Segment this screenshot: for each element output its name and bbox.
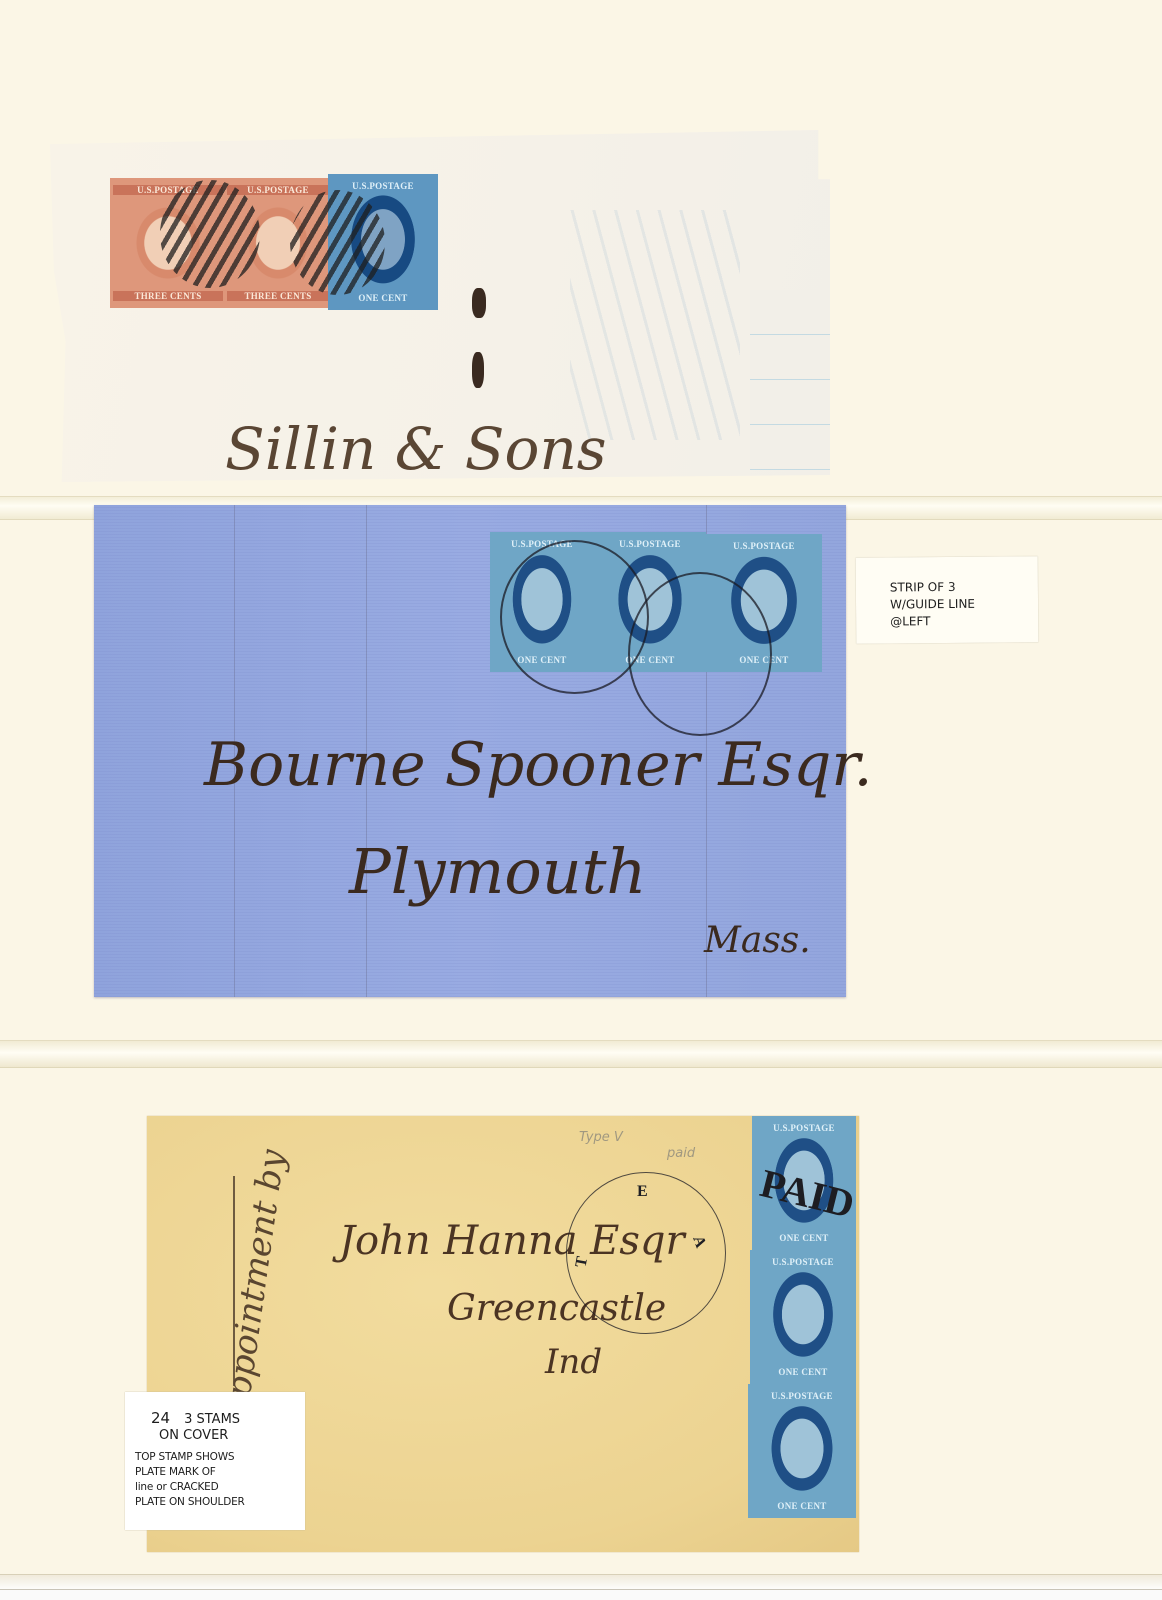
stamp-bottom-label: THREE CENTS [227,291,329,301]
stamp-top-label: U.S.POSTAGE [755,1123,853,1133]
address-line: Ind [545,1342,602,1382]
note-card-strip: STRIP OF 3 W/GUIDE LINE @LEFT [856,556,1039,644]
note-line: STRIP OF 3 [890,578,1038,596]
stamp-bottom-label: ONE CENT [751,1501,853,1511]
stamp-top-label: U.S.POSTAGE [753,1257,853,1267]
note-heading: 243 STAMS [135,1410,305,1428]
address-script: Sillin & Sons [225,415,607,483]
postmark-letter: T [573,1255,593,1269]
note-line: line or CRACKED [135,1480,305,1495]
postmark-letter: E [637,1183,648,1201]
note-line: TOP STAMP SHOWS [135,1450,305,1465]
circular-postmark [628,572,772,736]
catalog-number: 24 [151,1409,170,1427]
address-line: Plymouth [349,835,646,908]
address-line: Bourne Spooner Esqr. [204,730,873,800]
note-line: PLATE ON SHOULDER [135,1495,305,1510]
grid-cancel [160,180,260,288]
note-line: ON COVER [135,1428,305,1444]
docket-script: Appointment by [215,1147,293,1425]
stamp-top-label: U.S.POSTAGE [709,541,819,551]
faded-writing [570,210,740,440]
mount-strip [0,1574,1162,1600]
address-line: Mass. [704,920,811,961]
note-card-cover: 243 STAMS ON COVER TOP STAMP SHOWS PLATE… [125,1392,305,1530]
stamp-one-cent: U.S.POSTAGE ONE CENT [748,1384,856,1518]
pencil-note: paid [667,1146,695,1161]
ink-blot [472,352,484,388]
ledger-lines [750,290,830,470]
stamp-bottom-label: THREE CENTS [113,291,223,301]
stamp-bottom-label: ONE CENT [331,293,435,303]
note-line: W/GUIDE LINE [890,595,1038,613]
note-body: TOP STAMP SHOWS PLATE MARK OF line or CR… [135,1450,305,1510]
ink-blot [472,288,486,318]
album-page: Sillin & Sons U.S.POSTAGE THREE CENTS U.… [0,0,1162,1600]
circular-postmark: E A T [566,1172,726,1334]
circular-postmark [500,540,649,694]
stamp-one-cent: U.S.POSTAGE ONE CENT [750,1250,856,1384]
postmark-letter: A [688,1233,709,1250]
stamp-bottom-label: ONE CENT [755,1233,853,1243]
stamp-top-label: U.S.POSTAGE [751,1391,853,1401]
note-line: @LEFT [890,612,1038,630]
mount-strip [0,1040,1162,1068]
grid-cancel [290,190,385,295]
pencil-note: Type V [579,1130,623,1145]
note-line: PLATE MARK OF [135,1465,305,1480]
stamp-top-label: U.S.POSTAGE [597,539,703,549]
stamp-top-label: U.S.POSTAGE [331,181,435,191]
note-line: 3 STAMS [184,1412,240,1427]
stamp-bottom-label: ONE CENT [753,1367,853,1377]
